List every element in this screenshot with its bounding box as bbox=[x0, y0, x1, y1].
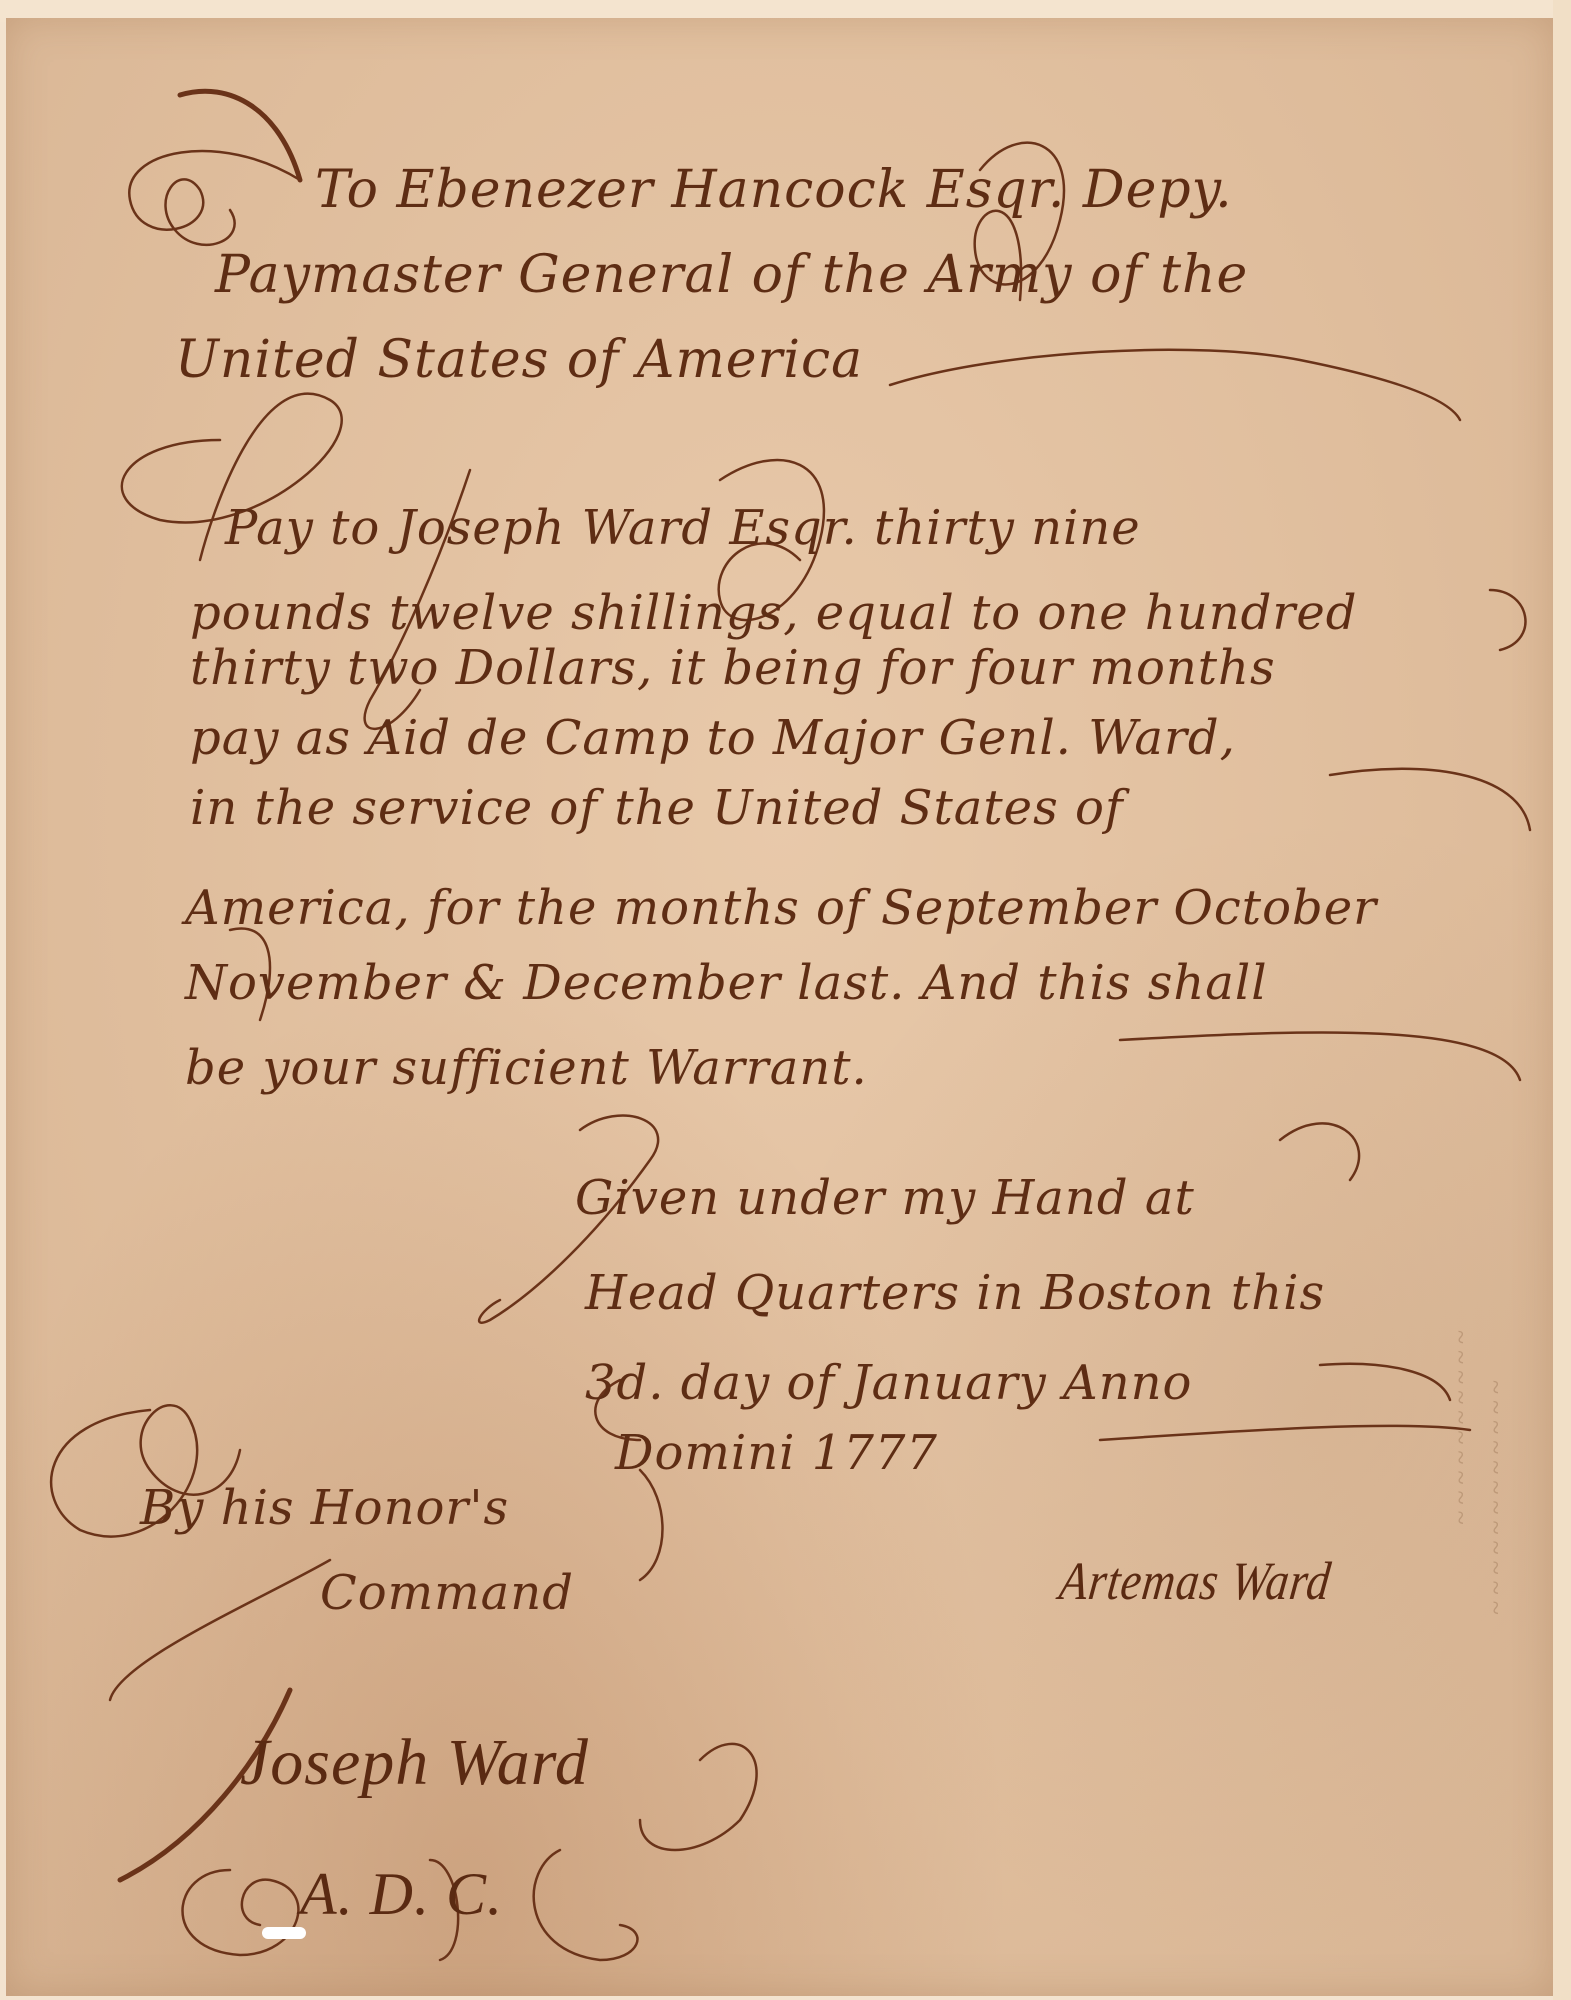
body-line: pay as Aid de Camp to Major Genl. Ward, bbox=[190, 710, 1236, 766]
address-line: United States of America bbox=[175, 330, 863, 390]
body-line: thirty two Dollars, it being for four mo… bbox=[190, 640, 1276, 696]
dateline-line: 3d. day of January Anno bbox=[585, 1355, 1192, 1411]
body-line: in the service of the United States of bbox=[190, 780, 1124, 836]
dateline-line: Domini 1777 bbox=[615, 1425, 938, 1481]
body-line: be your sufficient Warrant. bbox=[185, 1040, 868, 1096]
dateline-line: Given under my Hand at bbox=[575, 1170, 1195, 1226]
address-line: To Ebenezer Hancock Esqr. Depy. bbox=[315, 160, 1233, 220]
signature-joseph-ward: Joseph Ward bbox=[240, 1725, 589, 1801]
signature-title-adc: A. D. C. bbox=[300, 1860, 503, 1929]
address-line: Paymaster General of the Army of the bbox=[215, 245, 1248, 305]
body-line: pounds twelve shillings, equal to one hu… bbox=[190, 585, 1357, 641]
body-line: America, for the months of September Oct… bbox=[185, 880, 1377, 936]
attestation-line: By his Honor's bbox=[140, 1480, 509, 1536]
body-line: November & December last. And this shall bbox=[185, 955, 1268, 1011]
attestation-line: Command bbox=[320, 1565, 574, 1621]
scan-artifact bbox=[262, 1927, 306, 1939]
signature-artemas-ward: Artemas Ward bbox=[1056, 1550, 1334, 1612]
body-line: Pay to Joseph Ward Esqr. thirty nine bbox=[225, 500, 1141, 556]
dateline-line: Head Quarters in Boston this bbox=[585, 1265, 1325, 1321]
